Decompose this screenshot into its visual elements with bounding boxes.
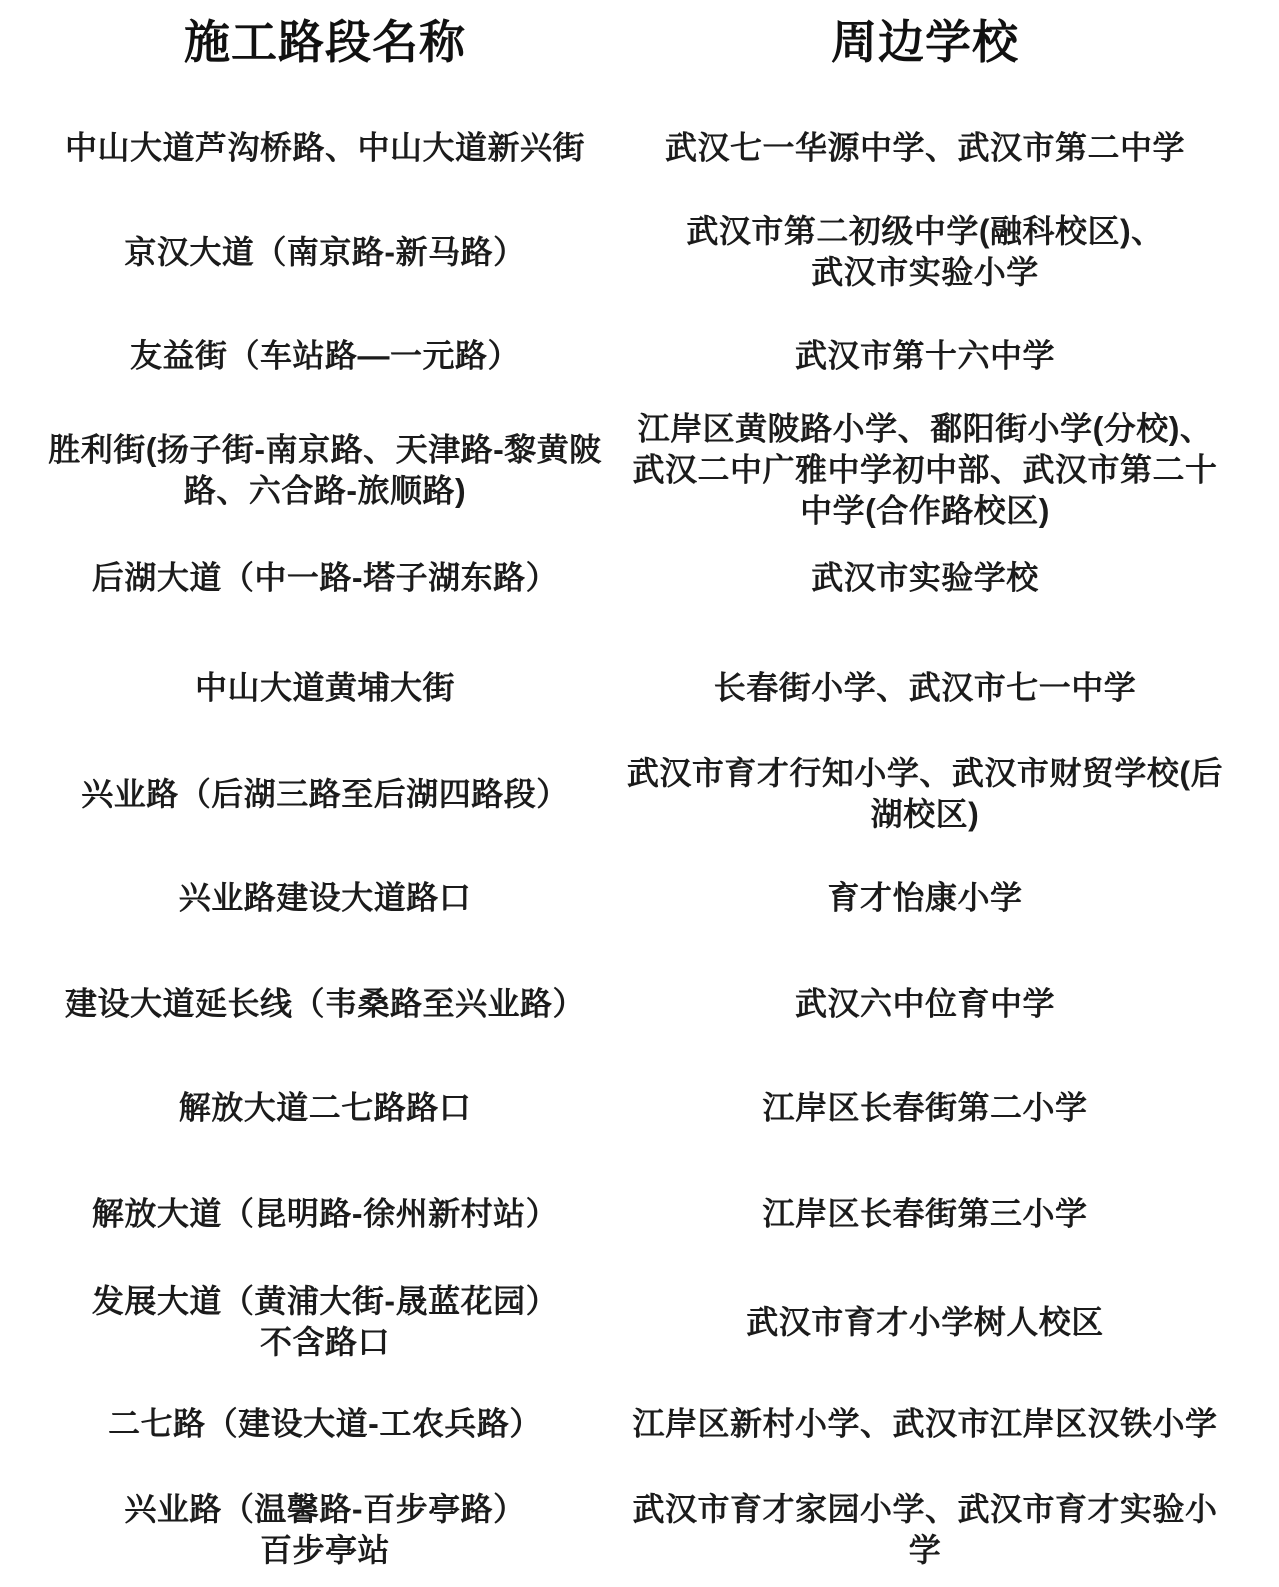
column-header-road-section: 施工路段名称 bbox=[40, 16, 610, 68]
schools-cell: 武汉市第二初级中学(融科校区)、 武汉市实验小学 bbox=[610, 211, 1240, 293]
road-section-cell: 后湖大道（中一路-塔子湖东路） bbox=[40, 558, 610, 599]
schools-cell: 武汉市实验学校 bbox=[610, 558, 1240, 599]
road-section-cell: 友益街（车站路—一元路） bbox=[40, 336, 610, 377]
schools-cell: 江岸区新村小学、武汉市江岸区汉铁小学 bbox=[610, 1404, 1240, 1445]
table-row: 兴业路建设大道路口 育才怡康小学 bbox=[0, 878, 1279, 919]
table-row: 兴业路（温馨路-百步亭路） 百步亭站 武汉市育才家园小学、武汉市育才实验小 学 bbox=[0, 1489, 1279, 1571]
road-section-cell: 中山大道黄埔大街 bbox=[40, 668, 610, 709]
road-section-cell: 兴业路建设大道路口 bbox=[40, 878, 610, 919]
table-row: 发展大道（黄浦大街-晟蓝花园） 不含路口 武汉市育才小学树人校区 bbox=[0, 1281, 1279, 1363]
table-row: 二七路（建设大道-工农兵路） 江岸区新村小学、武汉市江岸区汉铁小学 bbox=[0, 1404, 1279, 1445]
construction-schools-table: 施工路段名称 周边学校 中山大道芦沟桥路、中山大道新兴街 武汉七一华源中学、武汉… bbox=[0, 0, 1279, 1587]
table-row: 中山大道黄埔大街 长春街小学、武汉市七一中学 bbox=[0, 668, 1279, 709]
table-row: 解放大道（昆明路-徐州新村站） 江岸区长春街第三小学 bbox=[0, 1194, 1279, 1235]
table-row: 解放大道二七路路口 江岸区长春街第二小学 bbox=[0, 1088, 1279, 1129]
table-row: 友益街（车站路—一元路） 武汉市第十六中学 bbox=[0, 336, 1279, 377]
schools-cell: 武汉市育才行知小学、武汉市财贸学校(后 湖校区) bbox=[610, 753, 1240, 835]
road-section-cell: 胜利街(扬子街-南京路、天津路-黎黄陂 路、六合路-旅顺路) bbox=[40, 409, 610, 532]
road-section-cell: 京汉大道（南京路-新马路） bbox=[40, 211, 610, 293]
table-header-row: 施工路段名称 周边学校 bbox=[0, 16, 1279, 68]
column-header-schools: 周边学校 bbox=[610, 16, 1240, 68]
road-section-cell: 中山大道芦沟桥路、中山大道新兴街 bbox=[40, 128, 610, 169]
table-row: 胜利街(扬子街-南京路、天津路-黎黄陂 路、六合路-旅顺路) 江岸区黄陂路小学、… bbox=[0, 409, 1279, 532]
road-section-cell: 解放大道二七路路口 bbox=[40, 1088, 610, 1129]
schools-cell: 武汉市育才小学树人校区 bbox=[610, 1281, 1240, 1363]
table-row: 中山大道芦沟桥路、中山大道新兴街 武汉七一华源中学、武汉市第二中学 bbox=[0, 128, 1279, 169]
schools-cell: 武汉市第十六中学 bbox=[610, 336, 1240, 377]
road-section-cell: 兴业路（后湖三路至后湖四路段） bbox=[40, 753, 610, 835]
road-section-cell: 二七路（建设大道-工农兵路） bbox=[40, 1404, 610, 1445]
schools-cell: 武汉市育才家园小学、武汉市育才实验小 学 bbox=[610, 1489, 1240, 1571]
table-row: 建设大道延长线（韦桑路至兴业路） 武汉六中位育中学 bbox=[0, 984, 1279, 1025]
table-row: 兴业路（后湖三路至后湖四路段） 武汉市育才行知小学、武汉市财贸学校(后 湖校区) bbox=[0, 753, 1279, 835]
schools-cell: 江岸区长春街第二小学 bbox=[610, 1088, 1240, 1129]
table-row: 后湖大道（中一路-塔子湖东路） 武汉市实验学校 bbox=[0, 558, 1279, 599]
schools-cell: 江岸区长春街第三小学 bbox=[610, 1194, 1240, 1235]
road-section-cell: 解放大道（昆明路-徐州新村站） bbox=[40, 1194, 610, 1235]
road-section-cell: 建设大道延长线（韦桑路至兴业路） bbox=[40, 984, 610, 1025]
schools-cell: 武汉六中位育中学 bbox=[610, 984, 1240, 1025]
schools-cell: 长春街小学、武汉市七一中学 bbox=[610, 668, 1240, 709]
road-section-cell: 发展大道（黄浦大街-晟蓝花园） 不含路口 bbox=[40, 1281, 610, 1363]
road-section-cell: 兴业路（温馨路-百步亭路） 百步亭站 bbox=[40, 1489, 610, 1571]
table-row: 京汉大道（南京路-新马路） 武汉市第二初级中学(融科校区)、 武汉市实验小学 bbox=[0, 211, 1279, 293]
schools-cell: 武汉七一华源中学、武汉市第二中学 bbox=[610, 128, 1240, 169]
schools-cell: 育才怡康小学 bbox=[610, 878, 1240, 919]
schools-cell: 江岸区黄陂路小学、鄱阳街小学(分校)、 武汉二中广雅中学初中部、武汉市第二十 中… bbox=[610, 409, 1240, 532]
